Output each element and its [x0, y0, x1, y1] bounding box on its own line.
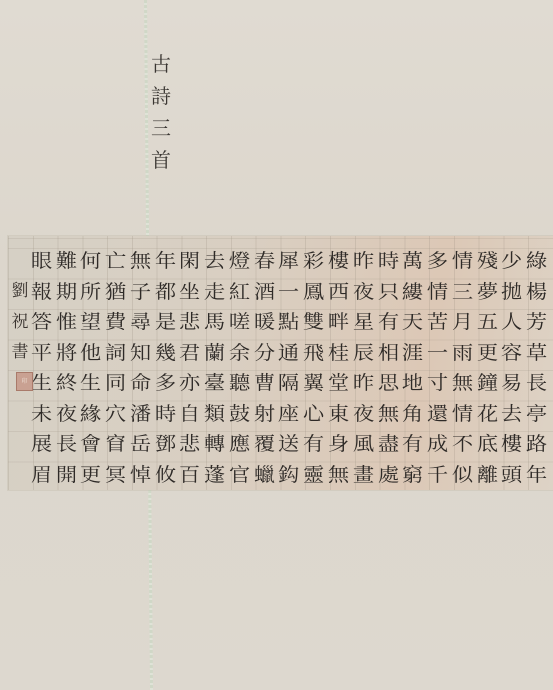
calligraphy-column: 春酒暖分曹射覆蠟: [252, 246, 277, 490]
calligraphy-char: 馬: [204, 307, 225, 338]
calligraphy-column: 難期惟將終夜長開: [54, 246, 79, 490]
calligraphy-char: 還: [427, 399, 448, 430]
title-char: 古: [151, 48, 171, 80]
calligraphy-column: 彩鳳雙飛翼心有靈: [301, 246, 326, 490]
calligraphy-char: 燈: [229, 246, 250, 277]
calligraphy-char: 通: [278, 338, 299, 369]
calligraphy-char: 終: [55, 368, 76, 399]
calligraphy-char: 應: [229, 429, 250, 460]
calligraphy-char: 有: [402, 429, 423, 460]
calligraphy-char: 子: [130, 277, 151, 308]
calligraphy-char: 時: [154, 399, 175, 430]
calligraphy-char: 酒: [254, 277, 275, 308]
calligraphy-char: 成: [427, 429, 448, 460]
calligraphy-column: 閑坐悲君亦自悲百: [178, 246, 203, 490]
calligraphy-char: 彩: [303, 246, 324, 277]
calligraphy-char: 鐘: [476, 368, 497, 399]
calligraphy-char: 人: [501, 307, 522, 338]
calligraphy-char: 年: [526, 460, 547, 491]
calligraphy-char: 花: [476, 399, 497, 430]
calligraphy-char: 底: [476, 429, 497, 460]
signature-column: 劉 祝 書: [8, 276, 32, 368]
signature-char: 劉: [12, 276, 29, 307]
calligraphy-char: 隔: [278, 368, 299, 399]
calligraphy-char: 西: [328, 277, 349, 308]
calligraphy-char: 無: [130, 246, 151, 277]
calligraphy-char: 寸: [427, 368, 448, 399]
calligraphy-char: 夜: [55, 399, 76, 430]
calligraphy-char: 容: [501, 338, 522, 369]
calligraphy-char: 鈎: [278, 460, 299, 491]
calligraphy-char: 春: [254, 246, 275, 277]
title-char: 三: [151, 112, 171, 144]
calligraphy-char: 時: [377, 246, 398, 277]
calligraphy-char: 緣: [80, 399, 101, 430]
calligraphy-char: 將: [55, 338, 76, 369]
calligraphy-char: 惟: [55, 307, 76, 338]
calligraphy-char: 蠟: [254, 460, 275, 491]
calligraphy-char: 鄧: [154, 429, 175, 460]
calligraphy-char: 地: [402, 368, 423, 399]
calligraphy-char: 難: [55, 246, 76, 277]
calligraphy-char: 東: [328, 399, 349, 430]
calligraphy-column: 眼報答平生未展眉: [29, 246, 54, 490]
calligraphy-char: 拋: [501, 277, 522, 308]
calligraphy-char: 桂: [328, 338, 349, 369]
calligraphy-char: 窅: [105, 429, 126, 460]
calligraphy-char: 更: [476, 338, 497, 369]
calligraphy-char: 離: [476, 460, 497, 491]
calligraphy-char: 窮: [402, 460, 423, 491]
calligraphy-char: 蓬: [204, 460, 225, 491]
calligraphy-panel: 綠楊芳草長亭路年少拋人容易去樓頭殘夢五更鐘花底離情三月雨無情不似多情苦一寸還成千…: [8, 236, 553, 490]
calligraphy-char: 長: [55, 429, 76, 460]
calligraphy-column: 亡猶費詞同穴窅冥: [103, 246, 128, 490]
calligraphy-char: 去: [501, 399, 522, 430]
calligraphy-char: 似: [452, 460, 473, 491]
title-char: 首: [151, 144, 171, 176]
calligraphy-char: 送: [278, 429, 299, 460]
calligraphy-char: 更: [80, 460, 101, 491]
calligraphy-char: 無: [377, 399, 398, 430]
calligraphy-char: 平: [31, 338, 52, 369]
calligraphy-char: 百: [179, 460, 200, 491]
calligraphy-char: 不: [452, 429, 473, 460]
calligraphy-char: 角: [402, 399, 423, 430]
calligraphy-char: 堂: [328, 368, 349, 399]
calligraphy-char: 處: [377, 460, 398, 491]
calligraphy-char: 點: [278, 307, 299, 338]
calligraphy-column: 犀一點通隔座送鈎: [277, 246, 302, 490]
calligraphy-char: 所: [80, 277, 101, 308]
calligraphy-char: 頭: [501, 460, 522, 491]
calligraphy-char: 只: [377, 277, 398, 308]
calligraphy-char: 報: [31, 277, 52, 308]
calligraphy-char: 萬: [402, 246, 423, 277]
calligraphy-char: 都: [154, 277, 175, 308]
calligraphy-char: 眉: [31, 460, 52, 491]
calligraphy-char: 望: [80, 307, 101, 338]
calligraphy-column: 年都是幾多時鄧攸: [153, 246, 178, 490]
signature-char: 祝: [12, 307, 29, 338]
calligraphy-char: 星: [353, 307, 374, 338]
calligraphy-char: 鼓: [229, 399, 250, 430]
calligraphy-char: 君: [179, 338, 200, 369]
page-title: 古 詩 三 首: [150, 48, 172, 176]
calligraphy-char: 展: [31, 429, 52, 460]
calligraphy-char: 官: [229, 460, 250, 491]
calligraphy-char: 情: [452, 399, 473, 430]
calligraphy-char: 自: [179, 399, 200, 430]
calligraphy-column: 少拋人容易去樓頭: [499, 246, 524, 490]
calligraphy-char: 昨: [353, 246, 374, 277]
calligraphy-char: 鳳: [303, 277, 324, 308]
calligraphy-char: 犀: [278, 246, 299, 277]
calligraphy-char: 聽: [229, 368, 250, 399]
calligraphy-char: 潘: [130, 399, 151, 430]
calligraphy-char: 走: [204, 277, 225, 308]
calligraphy-char: 分: [254, 338, 275, 369]
calligraphy-char: 畔: [328, 307, 349, 338]
calligraphy-char: 余: [229, 338, 250, 369]
calligraphy-char: 年: [154, 246, 175, 277]
calligraphy-char: 嗟: [229, 307, 250, 338]
calligraphy-char: 無: [328, 460, 349, 491]
calligraphy-char: 生: [31, 368, 52, 399]
calligraphy-char: 開: [55, 460, 76, 491]
calligraphy-char: 悲: [179, 429, 200, 460]
calligraphy-char: 涯: [402, 338, 423, 369]
signature-char: 書: [12, 337, 29, 368]
calligraphy-char: 眼: [31, 246, 52, 277]
calligraphy-column: 萬縷天涯地角有窮: [400, 246, 425, 490]
calligraphy-char: 轉: [204, 429, 225, 460]
calligraphy-char: 草: [526, 338, 547, 369]
calligraphy-char: 夜: [353, 277, 374, 308]
calligraphy-char: 雙: [303, 307, 324, 338]
calligraphy-char: 幾: [154, 338, 175, 369]
calligraphy-column: 無子尋知命潘岳悼: [128, 246, 153, 490]
calligraphy-char: 心: [303, 399, 324, 430]
calligraphy-char: 天: [402, 307, 423, 338]
calligraphy-char: 亦: [179, 368, 200, 399]
calligraphy-char: 亡: [105, 246, 126, 277]
calligraphy-char: 五: [476, 307, 497, 338]
calligraphy-char: 閑: [179, 246, 200, 277]
calligraphy-char: 苦: [427, 307, 448, 338]
calligraphy-char: 覆: [254, 429, 275, 460]
calligraphy-char: 冥: [105, 460, 126, 491]
calligraphy-char: 綠: [526, 246, 547, 277]
calligraphy-column: 綠楊芳草長亭路年: [524, 246, 549, 490]
calligraphy-column: 何所望他生緣會更: [78, 246, 103, 490]
calligraphy-char: 情: [427, 277, 448, 308]
calligraphy-char: 昨: [353, 368, 374, 399]
calligraphy-char: 長: [526, 368, 547, 399]
calligraphy-char: 盡: [377, 429, 398, 460]
calligraphy-column: 情三月雨無情不似: [450, 246, 475, 490]
calligraphy-column: 時只有相思無盡處: [376, 246, 401, 490]
calligraphy-char: 靈: [303, 460, 324, 491]
calligraphy-char: 有: [303, 429, 324, 460]
calligraphy-char: 多: [427, 246, 448, 277]
calligraphy-char: 一: [427, 338, 448, 369]
calligraphy-char: 坐: [179, 277, 200, 308]
calligraphy-char: 穴: [105, 399, 126, 430]
calligraphy-char: 風: [353, 429, 374, 460]
calligraphy-char: 無: [452, 368, 473, 399]
calligraphy-char: 畫: [353, 460, 374, 491]
calligraphy-char: 是: [154, 307, 175, 338]
calligraphy-char: 他: [80, 338, 101, 369]
calligraphy-char: 尋: [130, 307, 151, 338]
calligraphy-char: 同: [105, 368, 126, 399]
calligraphy-char: 會: [80, 429, 101, 460]
calligraphy-char: 楊: [526, 277, 547, 308]
calligraphy-char: 未: [31, 399, 52, 430]
calligraphy-char: 答: [31, 307, 52, 338]
text-columns: 綠楊芳草長亭路年少拋人容易去樓頭殘夢五更鐘花底離情三月雨無情不似多情苦一寸還成千…: [29, 246, 549, 490]
calligraphy-char: 情: [452, 246, 473, 277]
calligraphy-char: 芳: [526, 307, 547, 338]
calligraphy-char: 紅: [229, 277, 250, 308]
calligraphy-char: 攸: [154, 460, 175, 491]
seal-stamp-icon: 印: [16, 372, 33, 391]
calligraphy-char: 知: [130, 338, 151, 369]
calligraphy-char: 去: [204, 246, 225, 277]
calligraphy-char: 一: [278, 277, 299, 308]
calligraphy-char: 射: [254, 399, 275, 430]
calligraphy-char: 思: [377, 368, 398, 399]
calligraphy-char: 何: [80, 246, 101, 277]
calligraphy-char: 悲: [179, 307, 200, 338]
calligraphy-char: 月: [452, 307, 473, 338]
calligraphy-column: 燈紅嗟余聽鼓應官: [227, 246, 252, 490]
calligraphy-char: 臺: [204, 368, 225, 399]
calligraphy-char: 樓: [328, 246, 349, 277]
calligraphy-char: 詞: [105, 338, 126, 369]
calligraphy-char: 樓: [501, 429, 522, 460]
calligraphy-char: 有: [377, 307, 398, 338]
calligraphy-char: 悼: [130, 460, 151, 491]
calligraphy-char: 相: [377, 338, 398, 369]
calligraphy-char: 三: [452, 277, 473, 308]
calligraphy-char: 千: [427, 460, 448, 491]
calligraphy-char: 費: [105, 307, 126, 338]
calligraphy-char: 亭: [526, 399, 547, 430]
calligraphy-char: 雨: [452, 338, 473, 369]
calligraphy-column: 殘夢五更鐘花底離: [475, 246, 500, 490]
calligraphy-char: 縷: [402, 277, 423, 308]
calligraphy-char: 猶: [105, 277, 126, 308]
calligraphy-char: 類: [204, 399, 225, 430]
calligraphy-char: 易: [501, 368, 522, 399]
calligraphy-char: 身: [328, 429, 349, 460]
calligraphy-char: 岳: [130, 429, 151, 460]
calligraphy-char: 蘭: [204, 338, 225, 369]
calligraphy-char: 曹: [254, 368, 275, 399]
calligraphy-char: 殘: [476, 246, 497, 277]
title-char: 詩: [151, 80, 171, 112]
seal-label: 印: [21, 378, 27, 385]
calligraphy-column: 多情苦一寸還成千: [425, 246, 450, 490]
calligraphy-column: 樓西畔桂堂東身無: [326, 246, 351, 490]
calligraphy-char: 翼: [303, 368, 324, 399]
calligraphy-char: 夜: [353, 399, 374, 430]
calligraphy-char: 夢: [476, 277, 497, 308]
calligraphy-char: 期: [55, 277, 76, 308]
calligraphy-char: 辰: [353, 338, 374, 369]
calligraphy-char: 暖: [254, 307, 275, 338]
calligraphy-column: 昨夜星辰昨夜風畫: [351, 246, 376, 490]
calligraphy-char: 多: [154, 368, 175, 399]
calligraphy-char: 少: [501, 246, 522, 277]
calligraphy-char: 飛: [303, 338, 324, 369]
calligraphy-column: 去走馬蘭臺類轉蓬: [202, 246, 227, 490]
calligraphy-char: 路: [526, 429, 547, 460]
calligraphy-char: 命: [130, 368, 151, 399]
calligraphy-char: 生: [80, 368, 101, 399]
calligraphy-char: 座: [278, 399, 299, 430]
